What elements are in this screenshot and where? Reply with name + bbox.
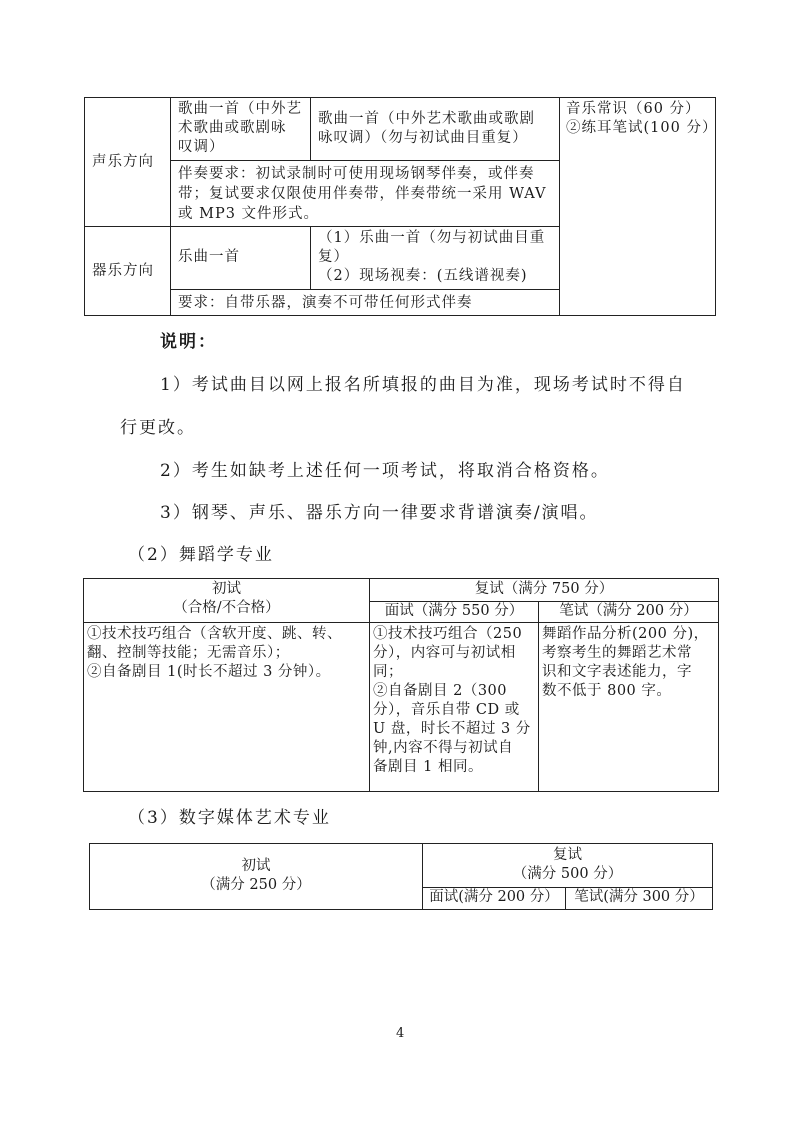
text-line: （1）乐曲一首（勿与初试曲目重 [318,229,558,248]
table-border [84,315,716,316]
table-border [538,601,539,792]
page-number: 4 [396,1026,404,1041]
header-title: 初试 [90,857,422,876]
table-border [559,97,560,316]
instrumental-requirement: 要求：自带乐器，演奏不可带任何形式伴奏 [178,294,473,313]
dance-interview-cell: ①技术技巧组合（250 分），内容可与初试相 同； ②自备剧目 2（300 分）… [373,625,538,777]
text-line: 咏叹调）（勿与初试曲目重复） [318,129,558,148]
dm-retest-header: 复试 （满分 500 分） [423,846,712,884]
table-border [84,97,85,316]
digital-media-section-title: （3）数字媒体艺术专业 [128,803,331,828]
dance-initial-cell: ①技术技巧组合（含软开度、跳、转、 翻、控制等技能；无需音乐）； ②自备剧目 1… [87,625,369,682]
text-line: 音乐常识（60 分） [566,100,716,119]
notes-heading: 说明： [160,327,217,352]
text-line: ①技术技巧组合（250 [373,625,538,644]
text-line: （2）现场视奏：(五线谱视奏) [318,267,558,286]
dm-initial-header: 初试 （满分 250 分） [90,857,422,895]
dance-retest-header: 复试（满分 750 分） [370,580,718,599]
text-line: 考察考生的舞蹈艺术常 [542,644,718,663]
text-line: U 盘，时长不超过 3 分 [373,720,538,739]
text-line: 翻、控制等技能；无需音乐）； [87,644,369,663]
text-line: 带；复试要求仅限使用伴奏带，伴奏带统一采用 WAV [178,184,558,204]
text-line: 叹调） [178,138,308,157]
note-item: 1）考试曲目以网上报名所填报的曲目为准，现场考试时不得自 [160,370,686,395]
table-border [170,97,171,316]
text-line: 分），内容可与初试相 [373,644,538,663]
text-line: 或 MP3 文件形式。 [178,204,558,224]
text-line: 术歌曲或歌剧咏 [178,119,308,138]
dance-written-cell: 舞蹈作品分析(200 分)， 考察考生的舞蹈艺术常 识和文字表述能力，字 数不低… [542,625,718,701]
text-line: ②自备剧目 2（300 [373,682,538,701]
table-border [83,791,719,792]
note-item: 3）钢琴、声乐、器乐方向一律要求背谱演奏/演唱。 [160,498,599,523]
text-line: 伴奏要求：初试录制时可使用现场钢琴伴奏，或伴奏 [178,164,558,184]
vocal-accompaniment-cell: 伴奏要求：初试录制时可使用现场钢琴伴奏，或伴奏 带；复试要求仅限使用伴奏带，伴奏… [178,164,558,224]
vocal-direction-label: 声乐方向 [92,153,154,172]
instrumental-initial-cell: 乐曲一首 [178,248,240,267]
text-line: ②自备剧目 1(时长不超过 3 分钟）。 [87,663,369,682]
text-line: 分），音乐自带 CD 或 [373,701,538,720]
header-sub: （满分 250 分） [90,876,422,895]
table-border [89,909,713,910]
vocal-retest-cell: 歌曲一首（中外艺术歌曲或歌剧 咏叹调）（勿与初试曲目重复） [318,110,558,148]
text-line: 钟,内容不得与初试自 [373,739,538,758]
instrumental-direction-label: 器乐方向 [92,262,154,281]
text-line: ②练耳笔试(100 分） [566,119,716,138]
text-line: 复） [318,248,558,267]
table-border [310,97,311,161]
dm-written-header: 笔试(满分 300 分） [566,888,712,907]
table-border [84,97,716,98]
vocal-initial-cell: 歌曲一首（中外艺 术歌曲或歌剧咏 叹调） [178,100,308,157]
header-title: 复试 [423,846,712,865]
table-border [310,226,311,290]
header-title: 初试 [84,580,369,599]
table-border [170,289,559,290]
header-sub: （合格/不合格） [84,599,369,618]
note-item: 行更改。 [120,413,196,438]
dm-interview-header: 面试(满分 200 分） [423,888,565,907]
text-line: 歌曲一首（中外艺术歌曲或歌剧 [318,110,558,129]
dance-section-title: （2）舞蹈学专业 [128,540,274,565]
table-border [83,622,719,623]
table-border [84,226,559,227]
table-border [718,578,719,792]
text-line: 同； [373,663,538,682]
text-line: 舞蹈作品分析(200 分)， [542,625,718,644]
table-border [89,843,713,844]
written-exam-cell: 音乐常识（60 分） ②练耳笔试(100 分） [566,100,716,138]
instrumental-retest-cell: （1）乐曲一首（勿与初试曲目重 复） （2）现场视奏：(五线谱视奏) [318,229,558,286]
header-sub: （满分 500 分） [423,865,712,884]
note-item: 2）考生如缺考上述任何一项考试，将取消合格资格。 [160,456,610,481]
text-line: 备剧目 1 相同。 [373,758,538,777]
text-line: ①技术技巧组合（含软开度、跳、转、 [87,625,369,644]
dance-written-header: 笔试（满分 200 分） [539,602,718,621]
table-border [170,160,559,161]
table-border [712,843,713,910]
dance-initial-header: 初试 （合格/不合格） [84,580,369,618]
dance-interview-header: 面试（满分 550 分） [370,602,538,621]
table-border [83,578,719,579]
text-line: 数不低于 800 字。 [542,682,718,701]
text-line: 识和文字表述能力，字 [542,663,718,682]
text-line: 歌曲一首（中外艺 [178,100,308,119]
